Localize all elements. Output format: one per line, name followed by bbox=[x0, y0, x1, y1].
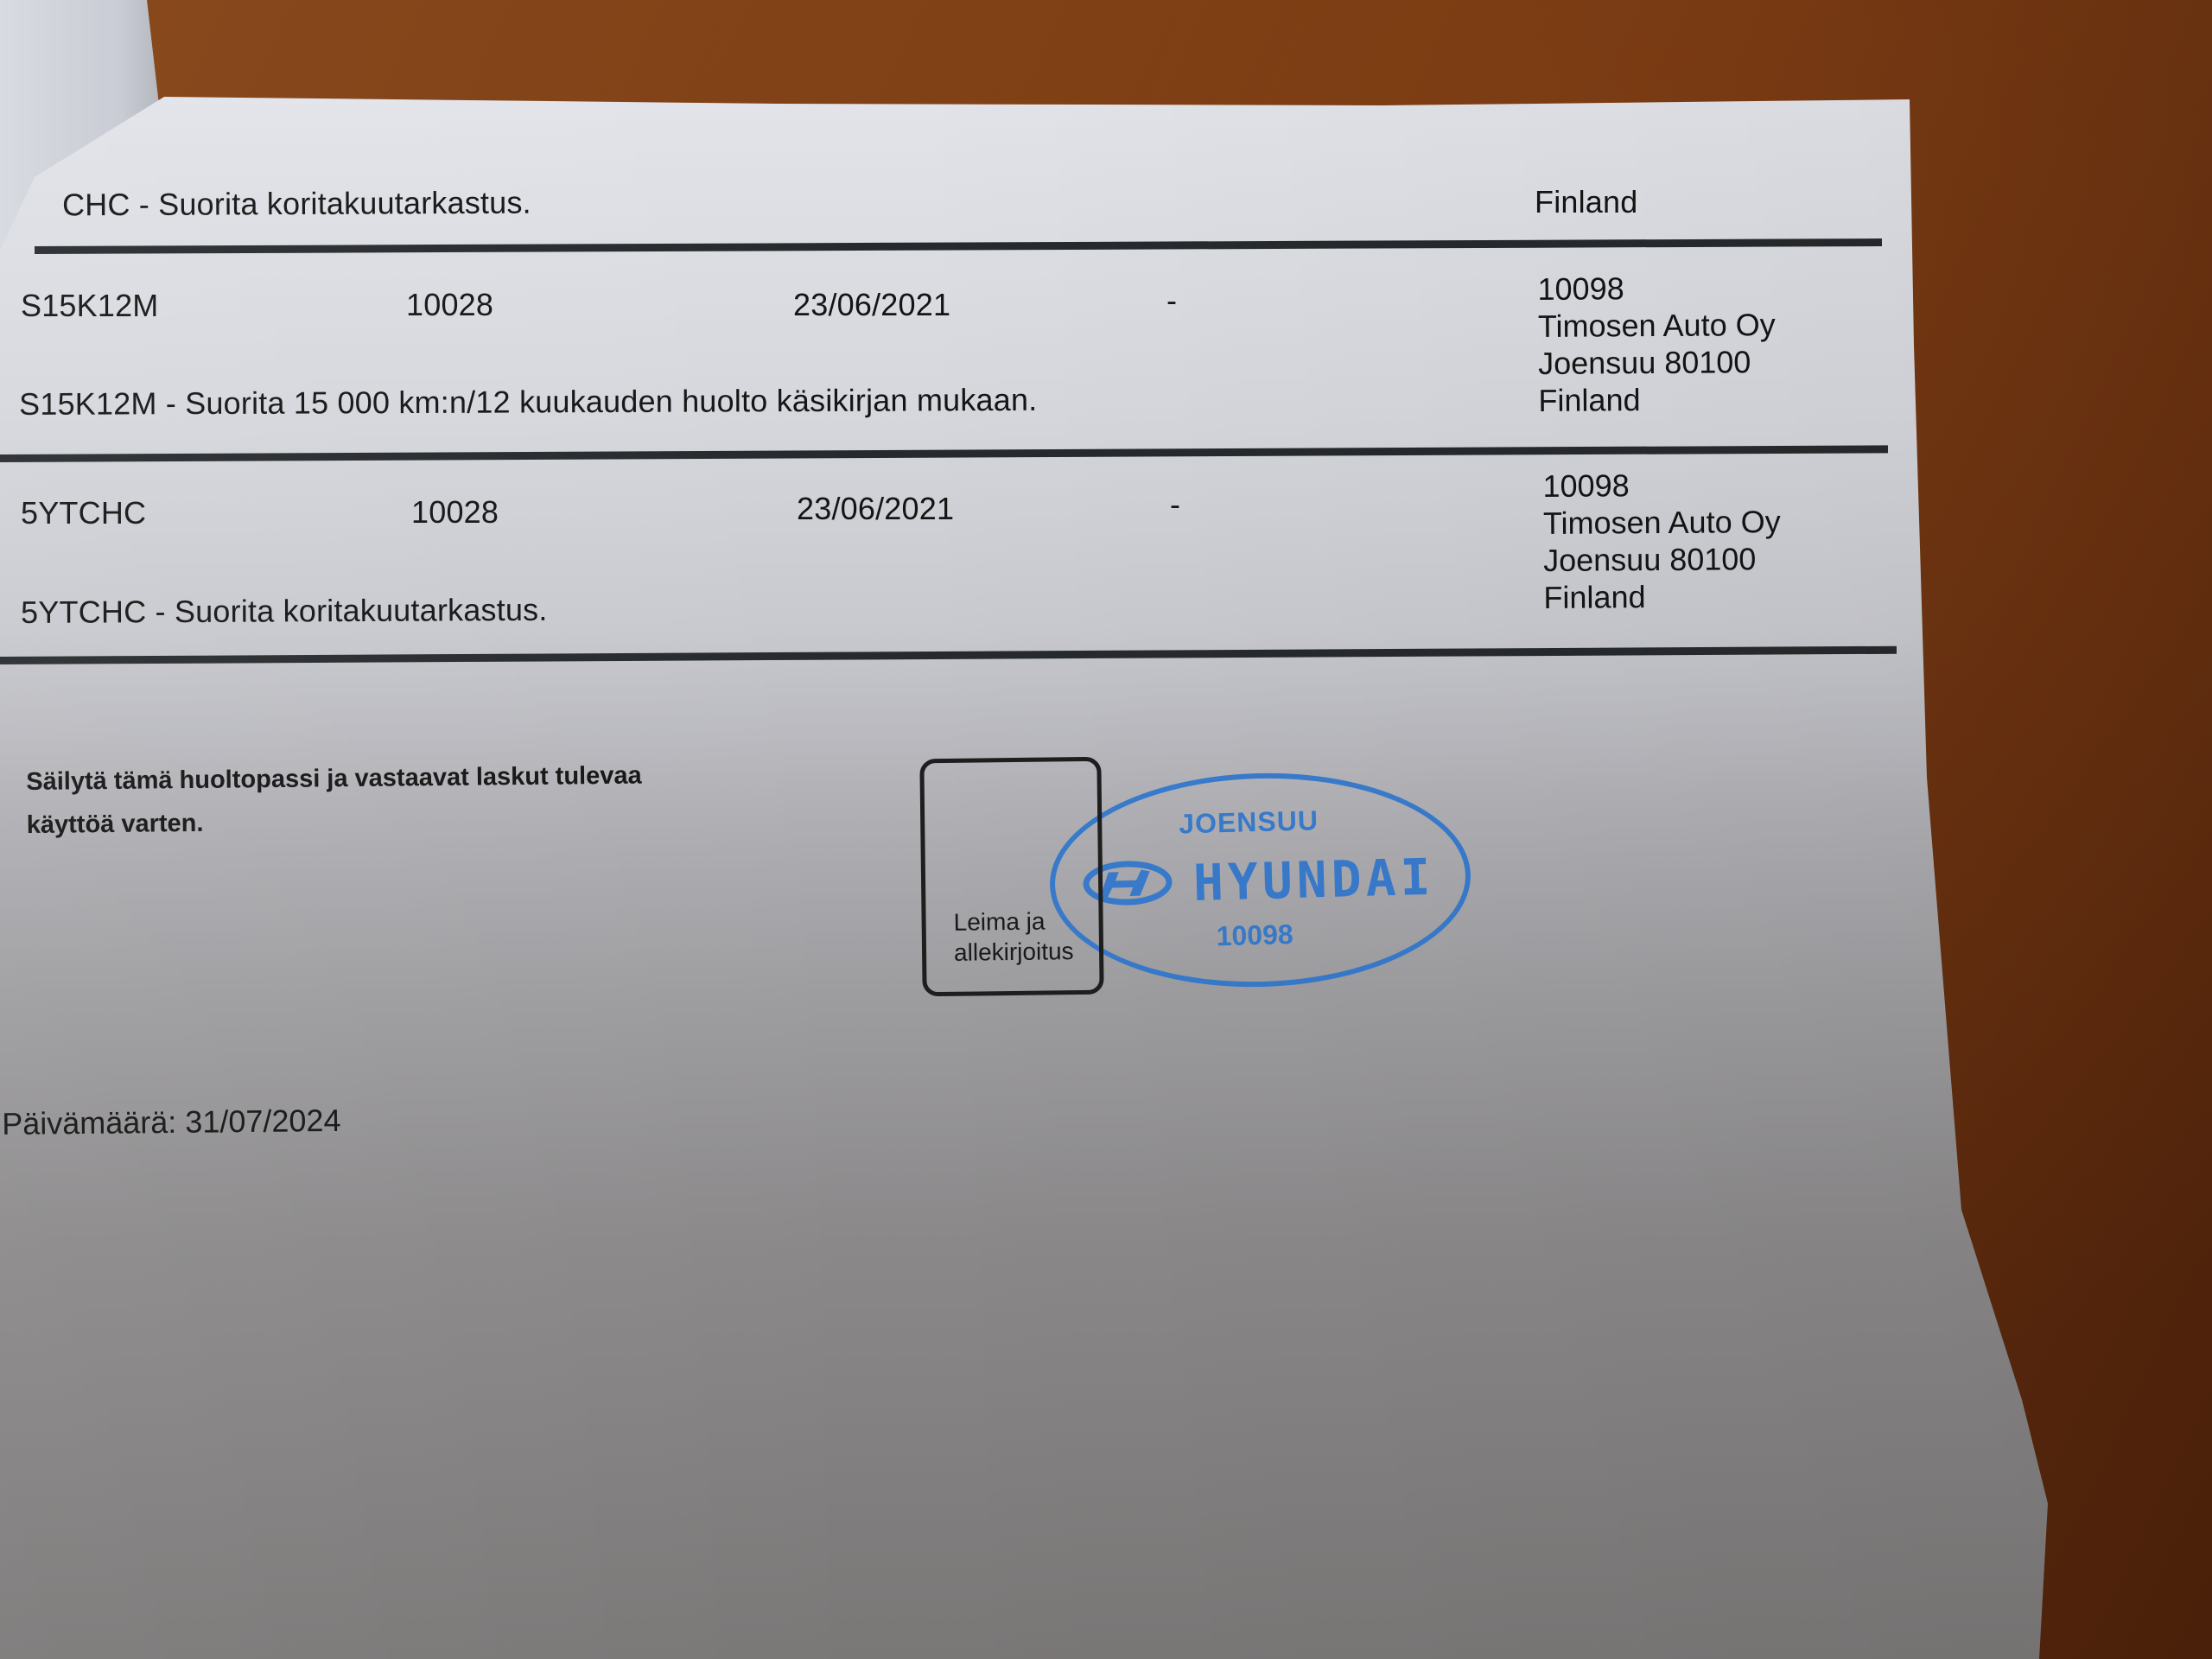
dealer-address: 10098 Timosen Auto Oy Joensuu 80100 Finl… bbox=[1542, 466, 1781, 616]
dealer-name: Timosen Auto Oy bbox=[1538, 306, 1776, 345]
service-code: S15K12M bbox=[21, 288, 159, 324]
dealer-country: Finland bbox=[1538, 380, 1776, 419]
stamp-city: JOENSUU bbox=[1179, 804, 1319, 840]
stamp-signature-box: Leima ja allekirjoitus bbox=[919, 757, 1103, 997]
service-description: 5YTCHC - Suorita koritakuutarkastus. bbox=[21, 592, 548, 631]
note-line-2: käyttöä varten. bbox=[27, 796, 804, 847]
dealer-city-postal: Joensuu 80100 bbox=[1538, 343, 1776, 382]
service-dash: - bbox=[1166, 283, 1177, 319]
signature-box-label: Leima ja allekirjoitus bbox=[953, 906, 1073, 968]
keep-passport-note: Säilytä tämä huoltopassi ja vastaavat la… bbox=[26, 753, 804, 847]
service-date: 23/06/2021 bbox=[793, 287, 950, 323]
stamp-brand: HYUNDAI bbox=[1192, 848, 1435, 912]
document-content: CHC - Suorita koritakuutarkastus. Finlan… bbox=[0, 0, 2212, 1659]
note-line-1: Säilytä tämä huoltopassi ja vastaavat la… bbox=[26, 753, 804, 804]
dealer-country: Finland bbox=[1543, 577, 1781, 616]
dealer-address: 10098 Timosen Auto Oy Joensuu 80100 Finl… bbox=[1537, 269, 1776, 419]
row-divider bbox=[0, 646, 1897, 664]
service-record-page: CHC - Suorita koritakuutarkastus. Finlan… bbox=[0, 0, 2212, 1659]
dealer-id: 10098 bbox=[1537, 269, 1775, 308]
row-divider bbox=[0, 445, 1888, 462]
dealer-id: 10098 bbox=[1542, 466, 1780, 505]
service-number: 10028 bbox=[411, 494, 499, 531]
hyundai-logo-icon bbox=[1082, 859, 1173, 909]
signature-label-line-2: allekirjoitus bbox=[954, 936, 1074, 968]
document-date: Päivämäärä: 31/07/2024 bbox=[2, 1103, 341, 1142]
partial-row-description: CHC - Suorita koritakuutarkastus. bbox=[62, 185, 531, 224]
dealer-city-postal: Joensuu 80100 bbox=[1543, 540, 1781, 579]
service-date: 23/06/2021 bbox=[797, 491, 954, 527]
service-code: 5YTCHC bbox=[21, 495, 146, 531]
dealer-name: Timosen Auto Oy bbox=[1543, 503, 1781, 542]
partial-row-country: Finland bbox=[1535, 184, 1637, 220]
stamp-dealer-code: 10098 bbox=[1216, 918, 1294, 952]
signature-label-line-1: Leima ja bbox=[953, 906, 1073, 938]
service-description: S15K12M - Suorita 15 000 km:n/12 kuukaud… bbox=[19, 382, 1037, 423]
service-dash: - bbox=[1170, 486, 1180, 523]
service-number: 10028 bbox=[406, 287, 493, 323]
dealer-stamp: JOENSUU HYUNDAI 10098 bbox=[1047, 768, 1473, 993]
row-divider bbox=[35, 238, 1882, 254]
